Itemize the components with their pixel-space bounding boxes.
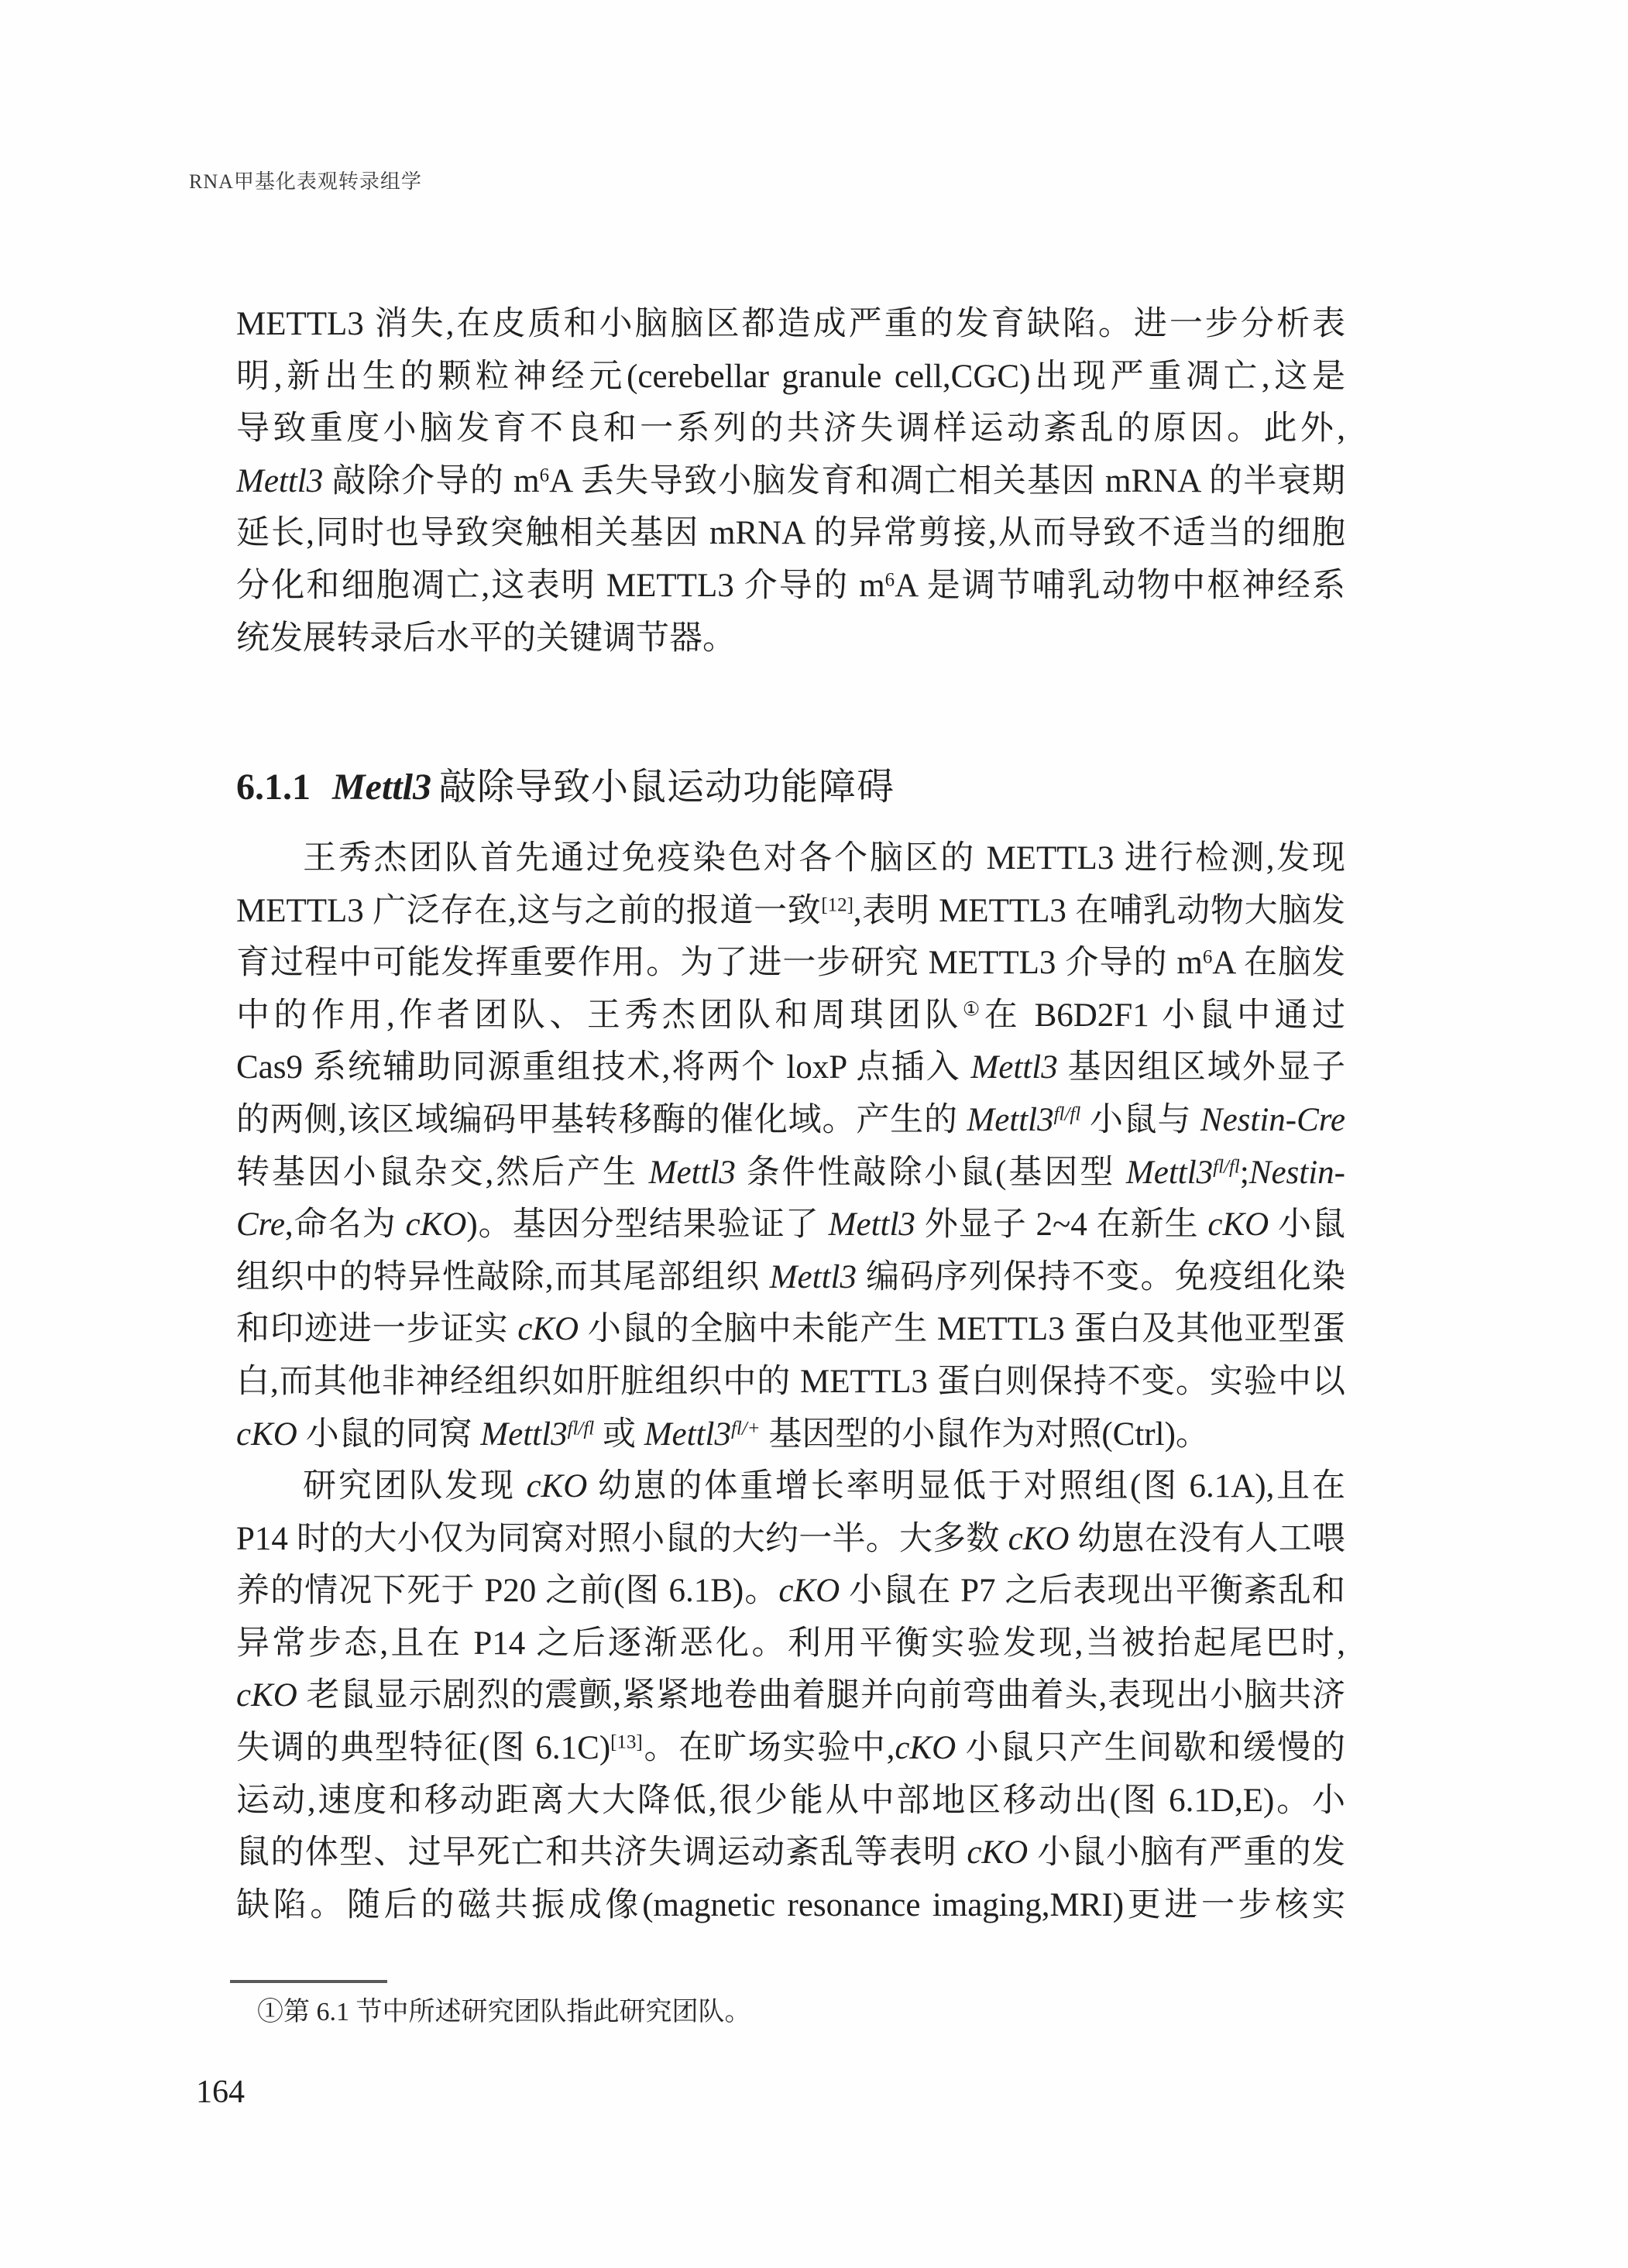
- styled-text-run: Mettl3: [770, 1259, 857, 1295]
- text-line: 缺陷。随后的磁共振成像(magnetic resonance imaging,M…: [236, 1879, 1345, 1932]
- footnote: ①第 6.1 节中所述研究团队指此研究团队。: [236, 1995, 1345, 2030]
- footnote-text: 第 6.1 节中所述研究团队指此研究团队。: [283, 1998, 751, 2026]
- styled-text-run: cKO: [778, 1573, 840, 1609]
- text-run: ;: [1240, 1155, 1249, 1191]
- paragraph-3: 研究团队发现 cKO 幼崽的体重增长率明显低于对照组(图 6.1A),且在P14…: [236, 1460, 1345, 1931]
- styled-text-run: fl/fl: [1054, 1103, 1081, 1124]
- footnote-rule: [230, 1980, 387, 1983]
- text-run: 统发展转录后水平的关键调节器。: [236, 620, 736, 657]
- text-run: 小鼠只产生间歇和缓慢的: [956, 1730, 1345, 1766]
- text-run: 基因型的小鼠作为对照(Ctrl)。: [761, 1416, 1209, 1453]
- text-run: A 是调节哺乳动物中枢神经系: [895, 568, 1345, 604]
- text-line: 中的作用,作者团队、王秀杰团队和周琪团队①在 B6D2F1 小鼠中通过 CRIS…: [236, 990, 1345, 1042]
- text-run: 小鼠与: [1080, 1102, 1200, 1138]
- text-line: 运动,速度和移动距离大大降低,很少能从中部地区移动出(图 6.1D,E)。小: [236, 1775, 1345, 1827]
- text-run: 王秀杰团队首先通过免疫染色对各个脑区的 METTL3 进行检测,发现: [303, 840, 1345, 877]
- text-line: 养的情况下死于 P20 之前(图 6.1B)。cKO 小鼠在 P7 之后表现出平…: [236, 1565, 1345, 1618]
- text-run: 小鼠的全脑中未能产生 METTL3 蛋白及其他亚型蛋: [579, 1311, 1345, 1347]
- text-line: METTL3 广泛存在,这与之前的报道一致[12],表明 METTL3 在哺乳动…: [236, 885, 1345, 938]
- styled-text-run: 6: [885, 569, 895, 590]
- section-title-gene-name: Mettl3: [332, 767, 431, 808]
- styled-text-run: Nestin-: [1249, 1155, 1345, 1191]
- styled-text-run: 6: [1203, 946, 1212, 967]
- text-run: 转基因小鼠杂交,然后产生: [236, 1155, 649, 1191]
- styled-text-run: Mettl3: [1126, 1155, 1213, 1191]
- text-run: 小鼠在 P7 之后表现出平衡紊乱和: [840, 1573, 1345, 1609]
- text-run: 明,新出生的颗粒神经元(cerebellar granule cell,CGC)…: [236, 359, 1345, 395]
- styled-text-run: Mettl3: [829, 1206, 915, 1243]
- text-line: 延长,同时也导致突触相关基因 mRNA 的异常剪接,从而导致不适当的细胞: [236, 507, 1345, 560]
- styled-text-run: Mettl3: [967, 1102, 1053, 1138]
- text-line: P14 时的大小仅为同窝对照小鼠的大约一半。大多数 cKO 幼崽在没有人工喂: [236, 1513, 1345, 1566]
- text-run: 组织中的特异性敲除,而其尾部组织: [236, 1259, 770, 1295]
- text-line: 导致重度小脑发育不良和一系列的共济失调样运动紊乱的原因。此外,: [236, 403, 1345, 455]
- text-line: 失调的典型特征(图 6.1C)[13]。在旷场实验中,cKO 小鼠只产生间歇和缓…: [236, 1722, 1345, 1775]
- styled-text-run: [12]: [821, 894, 853, 915]
- styled-text-run: cKO: [236, 1677, 297, 1714]
- text-run: A 丢失导致小脑发育和凋亡相关基因 mRNA 的半衰期: [549, 463, 1345, 499]
- section-heading: 6.1.1Mettl3敲除导致小鼠运动功能障碍: [236, 763, 1345, 811]
- styled-text-run: cKO: [895, 1730, 956, 1766]
- paragraph-1: METTL3 消失,在皮质和小脑脑区都造成严重的发育缺陷。进一步分析表明,新出生…: [236, 298, 1345, 664]
- footnote-marker: ①: [257, 1998, 283, 2026]
- text-run: 延长,同时也导致突触相关基因 mRNA 的异常剪接,从而导致不适当的细胞: [236, 515, 1345, 551]
- styled-text-run: fl/+: [731, 1418, 761, 1439]
- text-line: Mettl3 敲除介导的 m6A 丢失导致小脑发育和凋亡相关基因 mRNA 的半…: [236, 455, 1345, 508]
- text-run: 小鼠的同窝: [297, 1416, 481, 1453]
- styled-text-run: Mettl3: [236, 463, 323, 499]
- text-run: METTL3 消失,在皮质和小脑脑区都造成严重的发育缺陷。进一步分析表: [236, 306, 1345, 342]
- text-run: 。在旷场实验中,: [643, 1730, 895, 1766]
- text-run: 白,而其他非神经组织如肝脏组织中的 METTL3 蛋白则保持不变。实验中以: [236, 1364, 1345, 1400]
- text-line: 鼠的体型、过早死亡和共济失调运动紊乱等表明 cKO 小鼠小脑有严重的发育: [236, 1827, 1345, 1879]
- text-run: 鼠的体型、过早死亡和共济失调运动紊乱等表明: [236, 1834, 967, 1871]
- text-run: 幼崽在没有人工喂: [1069, 1521, 1345, 1557]
- text-line: Cas9 系统辅助同源重组技术,将两个 loxP 点插入 Mettl3 基因组区…: [236, 1041, 1345, 1094]
- styled-text-run: cKO: [1008, 1521, 1070, 1557]
- text-run: Cas9 系统辅助同源重组技术,将两个 loxP 点插入: [236, 1049, 970, 1086]
- text-run: 幼崽的体重增长率明显低于对照组(图 6.1A),且在: [587, 1468, 1345, 1505]
- styled-text-run: fl/fl: [568, 1418, 595, 1439]
- paragraph-2: 王秀杰团队首先通过免疫染色对各个脑区的 METTL3 进行检测,发现METTL3…: [236, 832, 1345, 1460]
- styled-text-run: Mettl3: [644, 1416, 731, 1453]
- section-number: 6.1.1: [236, 767, 311, 808]
- text-run: P14 时的大小仅为同窝对照小鼠的大约一半。大多数: [236, 1521, 1008, 1557]
- text-line: 和印迹进一步证实 cKO 小鼠的全脑中未能产生 METTL3 蛋白及其他亚型蛋: [236, 1303, 1345, 1356]
- text-line: Cre,命名为 cKO)。基因分型结果验证了 Mettl3 外显子 2~4 在新…: [236, 1199, 1345, 1251]
- book-page: RNA甲基化表观转录组学 METTL3 消失,在皮质和小脑脑区都造成严重的发育缺…: [0, 0, 1628, 2268]
- page-number: 164: [196, 2074, 245, 2111]
- text-line: 王秀杰团队首先通过免疫染色对各个脑区的 METTL3 进行检测,发现: [236, 832, 1345, 885]
- text-line: 转基因小鼠杂交,然后产生 Mettl3 条件性敲除小鼠(基因型 Mettl3fl…: [236, 1147, 1345, 1199]
- text-line: 分化和细胞凋亡,这表明 METTL3 介导的 m6A 是调节哺乳动物中枢神经系: [236, 560, 1345, 612]
- text-line: 明,新出生的颗粒神经元(cerebellar granule cell,CGC)…: [236, 351, 1345, 403]
- text-run: 导致重度小脑发育不良和一系列的共济失调样运动紊乱的原因。此外,: [236, 410, 1345, 447]
- text-line: 的两侧,该区域编码甲基转移酶的催化域。产生的 Mettl3fl/fl 小鼠与 N…: [236, 1094, 1345, 1147]
- text-line: cKO 小鼠的同窝 Mettl3fl/fl 或 Mettl3fl/+ 基因型的小…: [236, 1408, 1345, 1461]
- text-run: 失调的典型特征(图 6.1C): [236, 1730, 610, 1766]
- text-run: ,表明 METTL3 在哺乳动物大脑发: [853, 893, 1345, 929]
- text-run: 老鼠显示剧烈的震颤,紧紧地卷曲着腿并向前弯曲着头,表现出小脑共济: [297, 1677, 1345, 1714]
- text-run: 中的作用,作者团队、王秀杰团队和周琪团队: [236, 997, 963, 1034]
- text-run: 的两侧,该区域编码甲基转移酶的催化域。产生的: [236, 1102, 967, 1138]
- text-run: 缺陷。随后的磁共振成像(magnetic resonance imaging,M…: [236, 1887, 1345, 1923]
- text-line: 育过程中可能发挥重要作用。为了进一步研究 METTL3 介导的 m6A 在脑发育: [236, 937, 1345, 990]
- styled-text-run: cKO: [406, 1206, 467, 1243]
- text-run: ,命名为: [285, 1206, 406, 1243]
- text-run: METTL3 广泛存在,这与之前的报道一致: [236, 893, 821, 929]
- styled-text-run: ①: [963, 999, 984, 1020]
- styled-text-run: cKO: [517, 1311, 579, 1347]
- running-header: RNA甲基化表观转录组学: [189, 169, 422, 195]
- styled-text-run: fl/fl: [1213, 1156, 1240, 1177]
- styled-text-run: cKO: [526, 1468, 587, 1505]
- text-run: 异常步态,且在 P14 之后逐渐恶化。利用平衡实验发现,当被抬起尾巴时,: [236, 1625, 1345, 1662]
- styled-text-run: Nestin-Cre: [1200, 1102, 1345, 1138]
- styled-text-run: Mettl3: [480, 1416, 567, 1453]
- section-title-text: 敲除导致小鼠运动功能障碍: [439, 767, 895, 808]
- text-run: 养的情况下死于 P20 之前(图 6.1B)。: [236, 1573, 778, 1609]
- text-line: 统发展转录后水平的关键调节器。: [236, 612, 1345, 665]
- text-run: 外显子 2~4 在新生: [915, 1206, 1207, 1243]
- text-run: 敲除介导的 m: [323, 463, 539, 499]
- styled-text-run: Cre: [236, 1206, 285, 1243]
- text-run: 研究团队发现: [303, 1468, 526, 1505]
- styled-text-run: Mettl3: [970, 1049, 1057, 1086]
- text-run: 分化和细胞凋亡,这表明 METTL3 介导的 m: [236, 568, 885, 604]
- styled-text-run: cKO: [1207, 1206, 1269, 1243]
- text-line: 白,而其他非神经组织如肝脏组织中的 METTL3 蛋白则保持不变。实验中以: [236, 1356, 1345, 1408]
- text-line: cKO 老鼠显示剧烈的震颤,紧紧地卷曲着腿并向前弯曲着头,表现出小脑共济: [236, 1669, 1345, 1722]
- text-run: 或: [594, 1416, 644, 1453]
- text-line: 异常步态,且在 P14 之后逐渐恶化。利用平衡实验发现,当被抬起尾巴时,: [236, 1618, 1345, 1670]
- text-run: )。基因分型结果验证了: [466, 1206, 828, 1243]
- styled-text-run: Mettl3: [649, 1155, 736, 1191]
- text-run: 和印迹进一步证实: [236, 1311, 517, 1347]
- text-run: 运动,速度和移动距离大大降低,很少能从中部地区移动出(图 6.1D,E)。小: [236, 1782, 1345, 1819]
- styled-text-run: 6: [540, 465, 549, 486]
- text-run: 育过程中可能发挥重要作用。为了进一步研究 METTL3 介导的 m: [236, 945, 1203, 981]
- text-run: 条件性敲除小鼠(基因型: [736, 1155, 1126, 1191]
- styled-text-run: cKO: [236, 1416, 297, 1453]
- styled-text-run: cKO: [967, 1834, 1028, 1871]
- text-line: 研究团队发现 cKO 幼崽的体重增长率明显低于对照组(图 6.1A),且在: [236, 1460, 1345, 1513]
- text-line: METTL3 消失,在皮质和小脑脑区都造成严重的发育缺陷。进一步分析表: [236, 298, 1345, 351]
- styled-text-run: [13]: [610, 1731, 643, 1752]
- text-line: 组织中的特异性敲除,而其尾部组织 Mettl3 编码序列保持不变。免疫组化染色: [236, 1251, 1345, 1304]
